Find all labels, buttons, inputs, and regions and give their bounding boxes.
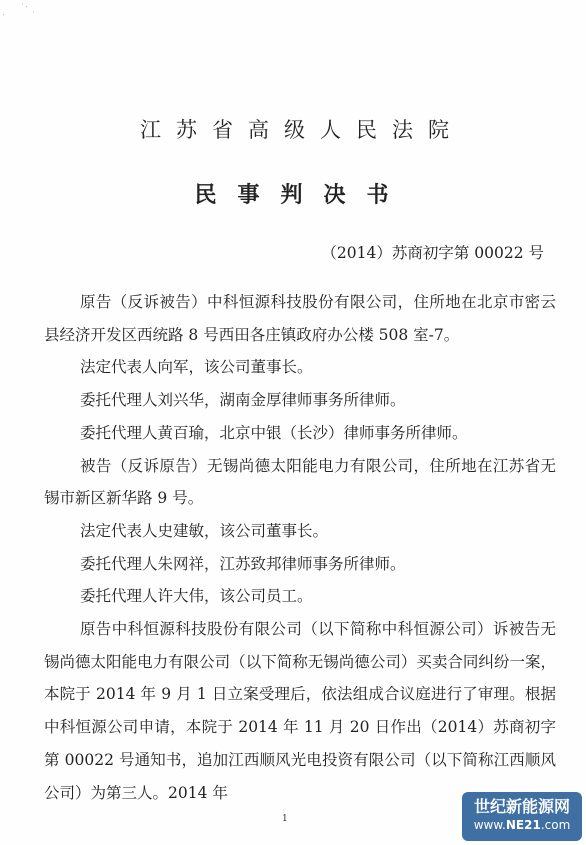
judgment-body: 原告（反诉被告）中科恒源科技股份有限公司，住所地在北京市密云县经济开发区西统路 … (44, 286, 556, 809)
ne21-watermark-logo: 世纪新能源网 www.NE21.com (462, 792, 582, 841)
paragraph-defendant: 被告（反诉原告）无锡尚德太阳能电力有限公司，住所地在江苏省无锡市新区新华路 9 … (44, 450, 556, 515)
paragraph-plaintiff: 原告（反诉被告）中科恒源科技股份有限公司，住所地在北京市密云县经济开发区西统路 … (44, 286, 556, 351)
paragraph-plaintiff-agent-2: 委托代理人黄百瑜，北京中银（长沙）律师事务所律师。 (44, 417, 556, 450)
watermark-url: www.NE21.com (462, 817, 582, 833)
watermark-url-brand: NE21 (506, 818, 541, 832)
paragraph-case-background: 原告中科恒源科技股份有限公司（以下简称中科恒源公司）诉被告无锡尚德太阳能电力有限… (44, 613, 556, 809)
scan-speck (26, 6, 27, 7)
watermark-url-suffix: .com (541, 818, 570, 832)
scan-speck (33, 11, 34, 12)
court-name-heading: 江苏省高级人民法院 (0, 114, 586, 144)
document-type-heading: 民事判决书 (0, 178, 586, 209)
paragraph-defendant-agent-2: 委托代理人许大伟，该公司员工。 (44, 580, 556, 613)
scan-speck (3, 14, 4, 15)
paragraph-plaintiff-legal-rep: 法定代表人向军，该公司董事长。 (44, 351, 556, 384)
scan-speck (22, 3, 23, 4)
page-number: 1 (282, 814, 288, 824)
paragraph-defendant-agent-1: 委托代理人朱网祥，江苏致邦律师事务所律师。 (44, 548, 556, 581)
watermark-title: 世纪新能源网 (462, 797, 582, 817)
paragraph-plaintiff-agent-1: 委托代理人刘兴华，湖南金厚律师事务所律师。 (44, 384, 556, 417)
watermark-url-prefix: www. (474, 818, 506, 832)
case-number: （2014）苏商初字第 00022 号 (321, 241, 544, 263)
paragraph-defendant-legal-rep: 法定代表人史建敏，该公司董事长。 (44, 515, 556, 548)
document-page: 江苏省高级人民法院 民事判决书 （2014）苏商初字第 00022 号 原告（反… (0, 0, 586, 845)
